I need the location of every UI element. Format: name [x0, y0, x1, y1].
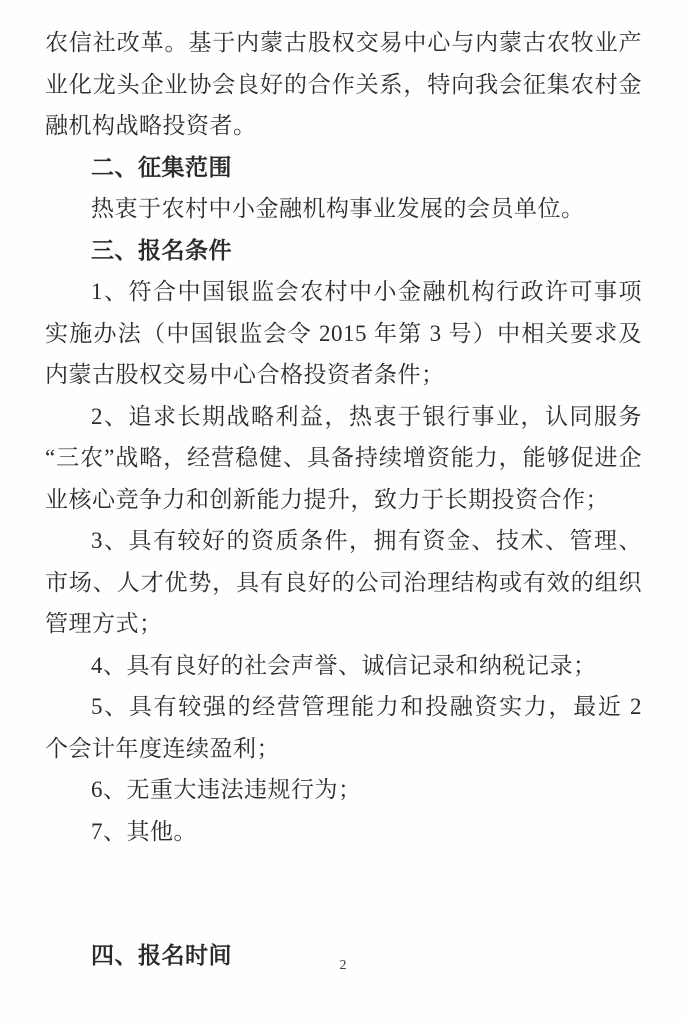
condition-item-7: 7、其他。: [45, 811, 642, 853]
heading-section-2-scope: 二、征集范围: [45, 147, 642, 189]
condition-item-3: 3、具有较好的资质条件，拥有资金、技术、管理、市场、人才优势，具有良好的公司治理…: [45, 520, 642, 645]
document-page: 农信社改革。基于内蒙古股权交易中心与内蒙古农牧业产业化龙头企业协会良好的合作关系…: [0, 0, 686, 1022]
condition-item-5: 5、具有较强的经营管理能力和投融资实力，最近 2 个会计年度连续盈利；: [45, 686, 642, 769]
condition-item-4: 4、具有良好的社会声誉、诚信记录和纳税记录；: [45, 645, 642, 687]
condition-item-2: 2、追求长期战略利益，热衷于银行事业，认同服务“三农”战略，经营稳健、具备持续增…: [45, 396, 642, 521]
document-body: 农信社改革。基于内蒙古股权交易中心与内蒙古农牧业产业化龙头企业协会良好的合作关系…: [45, 22, 642, 977]
page-number: 2: [0, 958, 686, 974]
condition-item-6: 6、无重大违法违规行为；: [45, 769, 642, 811]
paragraph-intro-continuation: 农信社改革。基于内蒙古股权交易中心与内蒙古农牧业产业化龙头企业协会良好的合作关系…: [45, 22, 642, 147]
condition-item-1: 1、符合中国银监会农村中小金融机构行政许可事项实施办法（中国银监会令 2015 …: [45, 271, 642, 396]
heading-section-3-conditions: 三、报名条件: [45, 230, 642, 272]
paragraph-scope: 热衷于农村中小金融机构事业发展的会员单位。: [45, 188, 642, 230]
